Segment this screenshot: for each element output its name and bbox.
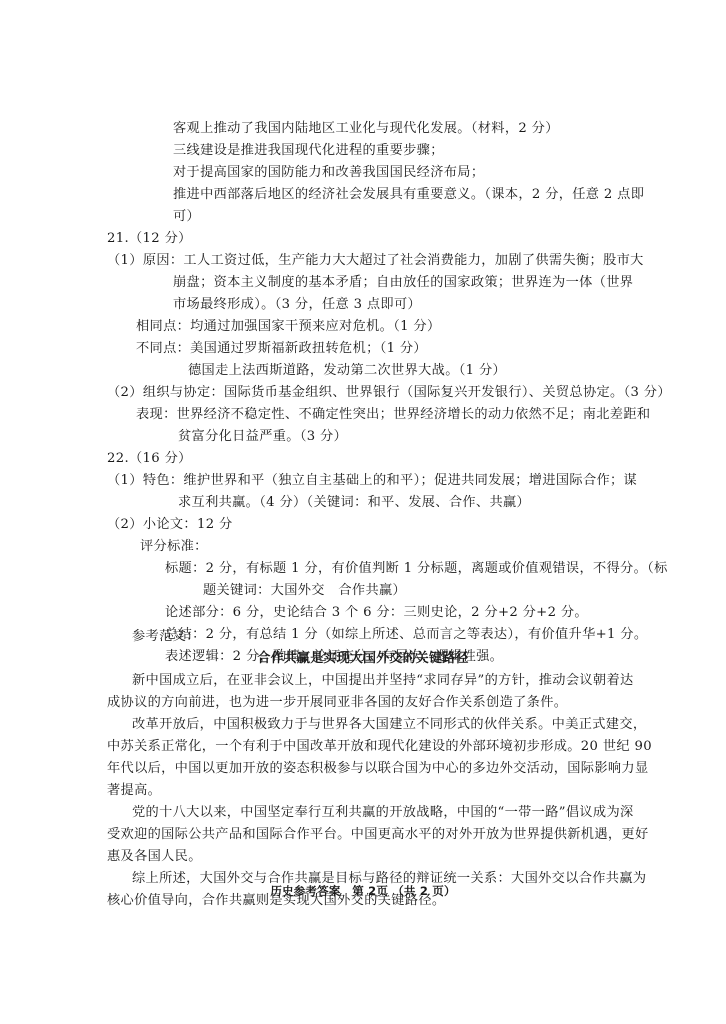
answer-line: 市场最终形成）。（3 分，任意 3 点即可） [173, 294, 421, 316]
answer-line: （2）小论文：12 分 [107, 514, 233, 536]
essay-line: 新中国成立后，在亚非会议上，中国提出并坚持“求同存异”的方针，推动会议朝着达 [132, 670, 634, 692]
answer-line: 对于提高国家的国防能力和改善我国国民经济布局； [173, 162, 484, 184]
answer-line: （2）组织与协定：国际货币基金组织、世界银行（国际复兴开发银行）、关贸总协定。（… [107, 382, 671, 404]
page-footer: 历史参考答案 第 2页 （共 2 页） [0, 880, 726, 902]
answer-line: 求互利共赢。（4 分）（关键词：和平、发展、合作、共赢） [178, 492, 530, 514]
answer-line: 论述部分：6 分，史论结合 3 个 6 分：三则史论，2 分+2 分+2 分。 [165, 602, 588, 624]
essay-title: 合作共赢是实现大国外交的关键路径 [0, 648, 726, 670]
essay-line: 党的十八大以来，中国坚定奉行互利共赢的开放战略，中国的“一带一路”倡议成为深 [132, 802, 634, 824]
answer-line: 崩盘；资本主义制度的基本矛盾；自由放任的国家政策；世界连为一体（世界 [173, 272, 633, 294]
essay-line: 年代以后，中国以更加开放的姿态积极参与以联合国为中心的多边外交活动，国际影响力显 [107, 758, 649, 780]
answer-line: 推进中西部落后地区的经济社会发展具有重要意义。（课本，2 分，任意 2 点即 [173, 184, 644, 206]
answer-line: 不同点：美国通过罗斯福新政扭转危机；（1 分） [136, 338, 427, 360]
answer-line: 表现：世界经济不稳定性、不确定性突出；世界经济增长的动力依然不足；南北差距和 [136, 404, 650, 426]
answer-line: 德国走上法西斯道路，发动第二次世界大战。（1 分） [188, 360, 506, 382]
answer-line: 贫富分化日益严重。（3 分） [178, 426, 347, 448]
essay-line: 惠及各国人民。 [107, 846, 202, 868]
essay-line: 受欢迎的国际公共产品和国际合作平台。中国更高水平的对外开放为世界提供新机遇，更好 [107, 824, 649, 846]
essay-line: 中苏关系正常化，一个有利于中国改革开放和现代化建设的外部环境初步形成。20 世纪… [107, 736, 652, 758]
answer-line: （1）特色：维护世界和平（独立自主基础上的和平）；促进共同发展；增进国际合作；谋 [107, 470, 637, 492]
essay-line: 改革开放后，中国积极致力于与世界各大国建立不同形式的伙伴关系。中美正式建交， [132, 714, 646, 736]
answer-line: 21.（12 分） [107, 228, 192, 250]
answer-line: 总结：2 分，有总结 1 分（如综上所述、总而言之等表达），有价值升华+1 分。 [165, 624, 647, 646]
answer-line: 评分标准： [140, 536, 208, 558]
answer-line: 22.（16 分） [107, 448, 192, 470]
answer-line: 可） [173, 206, 200, 228]
sample-essay-label: 参考范文： [132, 626, 200, 648]
answer-line: 相同点：均通过加强国家干预来应对危机。（1 分） [136, 316, 441, 338]
answer-line: 三线建设是推进我国现代化进程的重要步骤； [173, 140, 444, 162]
essay-line: 著提高。 [107, 780, 161, 802]
essay-line: 成协议的方向前进，也为进一步开展同亚非各国的友好合作关系创造了条件。 [107, 692, 567, 714]
answer-line: （1）原因：工人工资过低，生产能力大大超过了社会消费能力，加剧了供需失衡；股市大 [107, 250, 644, 272]
answer-line: 题关键词：大国外交 合作共赢） [203, 580, 406, 602]
answer-line: 客观上推动了我国内陆地区工业化与现代化发展。（材料，2 分） [173, 118, 559, 140]
answer-line: 标题：2 分，有标题 1 分，有价值判断 1 分标题，离题或价值观错误，不得分。… [165, 558, 668, 580]
